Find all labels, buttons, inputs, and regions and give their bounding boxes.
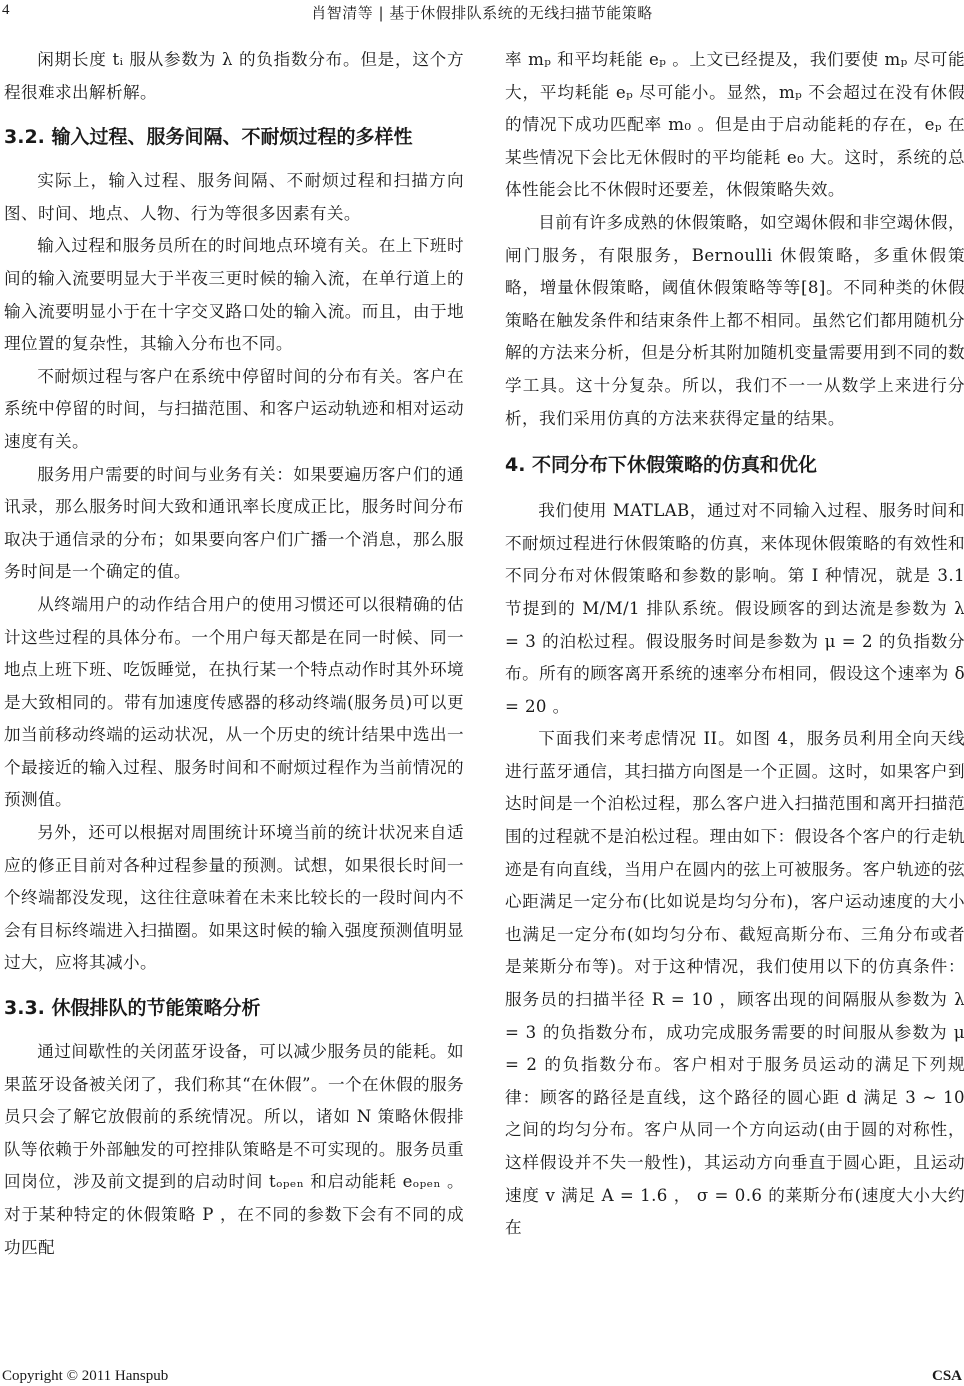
- section-heading-3-2: 3.2. 输入过程、服务间隔、不耐烦过程的多样性: [4, 123, 464, 151]
- paragraph: 下面我们来考虑情况 II。如图 4，服务员利用全向天线进行蓝牙通信，其扫描方向图…: [505, 723, 964, 1245]
- paragraph: 闲期长度 tᵢ 服从参数为 λ 的负指数分布。但是，这个方程很难求出解析解。: [4, 44, 464, 109]
- paragraph: 输入过程和服务员所在的时间地点环境有关。在上下班时间的输入流要明显大于半夜三更时…: [4, 230, 464, 360]
- page-header: 4 肖智清等 | 基于休假排队系统的无线扫描节能策略: [0, 0, 964, 24]
- copyright-notice: Copyright © 2011 Hanspub: [2, 1368, 168, 1385]
- paragraph: 目前有许多成熟的休假策略，如空竭休假和非空竭休假，闸门服务，有限服务，Berno…: [505, 207, 964, 435]
- paragraph: 率 mₚ 和平均耗能 eₚ 。上文已经提及，我们要使 mₚ 尽可能大，平均耗能 …: [505, 44, 964, 207]
- paragraph: 服务用户需要的时间与业务有关：如果要遍历客户们的通讯录，那么服务时间大致和通讯率…: [4, 459, 464, 589]
- paragraph: 实际上，输入过程、服务间隔、不耐烦过程和扫描方向图、时间、地点、人物、行为等很多…: [4, 165, 464, 230]
- paragraph: 另外，还可以根据对周围统计环境当前的统计状况来自适应的修正目前对各种过程参量的预…: [4, 817, 464, 980]
- paragraph: 我们使用 MATLAB，通过对不同输入过程、服务时间和不耐烦过程进行休假策略的仿…: [505, 495, 964, 723]
- page-footer: Copyright © 2011 Hanspub CSA: [0, 1368, 964, 1386]
- right-column: 率 mₚ 和平均耗能 eₚ 。上文已经提及，我们要使 mₚ 尽可能大，平均耗能 …: [505, 44, 964, 1245]
- left-column: 闲期长度 tᵢ 服从参数为 λ 的负指数分布。但是，这个方程很难求出解析解。 3…: [4, 44, 464, 1264]
- journal-abbreviation: CSA: [932, 1368, 962, 1385]
- running-title: 肖智清等 | 基于休假排队系统的无线扫描节能策略: [0, 2, 964, 23]
- paragraph: 从终端用户的动作结合用户的使用习惯还可以很精确的估计这些过程的具体分布。一个用户…: [4, 589, 464, 817]
- section-heading-3-3: 3.3. 休假排队的节能策略分析: [4, 994, 464, 1022]
- section-heading-4: 4. 不同分布下休假策略的仿真和优化: [505, 451, 964, 479]
- paragraph: 不耐烦过程与客户在系统中停留时间的分布有关。客户在系统中停留的时间，与扫描范围、…: [4, 361, 464, 459]
- paragraph: 通过间歇性的关闭蓝牙设备，可以减少服务员的能耗。如果蓝牙设备被关闭了，我们称其“…: [4, 1036, 464, 1264]
